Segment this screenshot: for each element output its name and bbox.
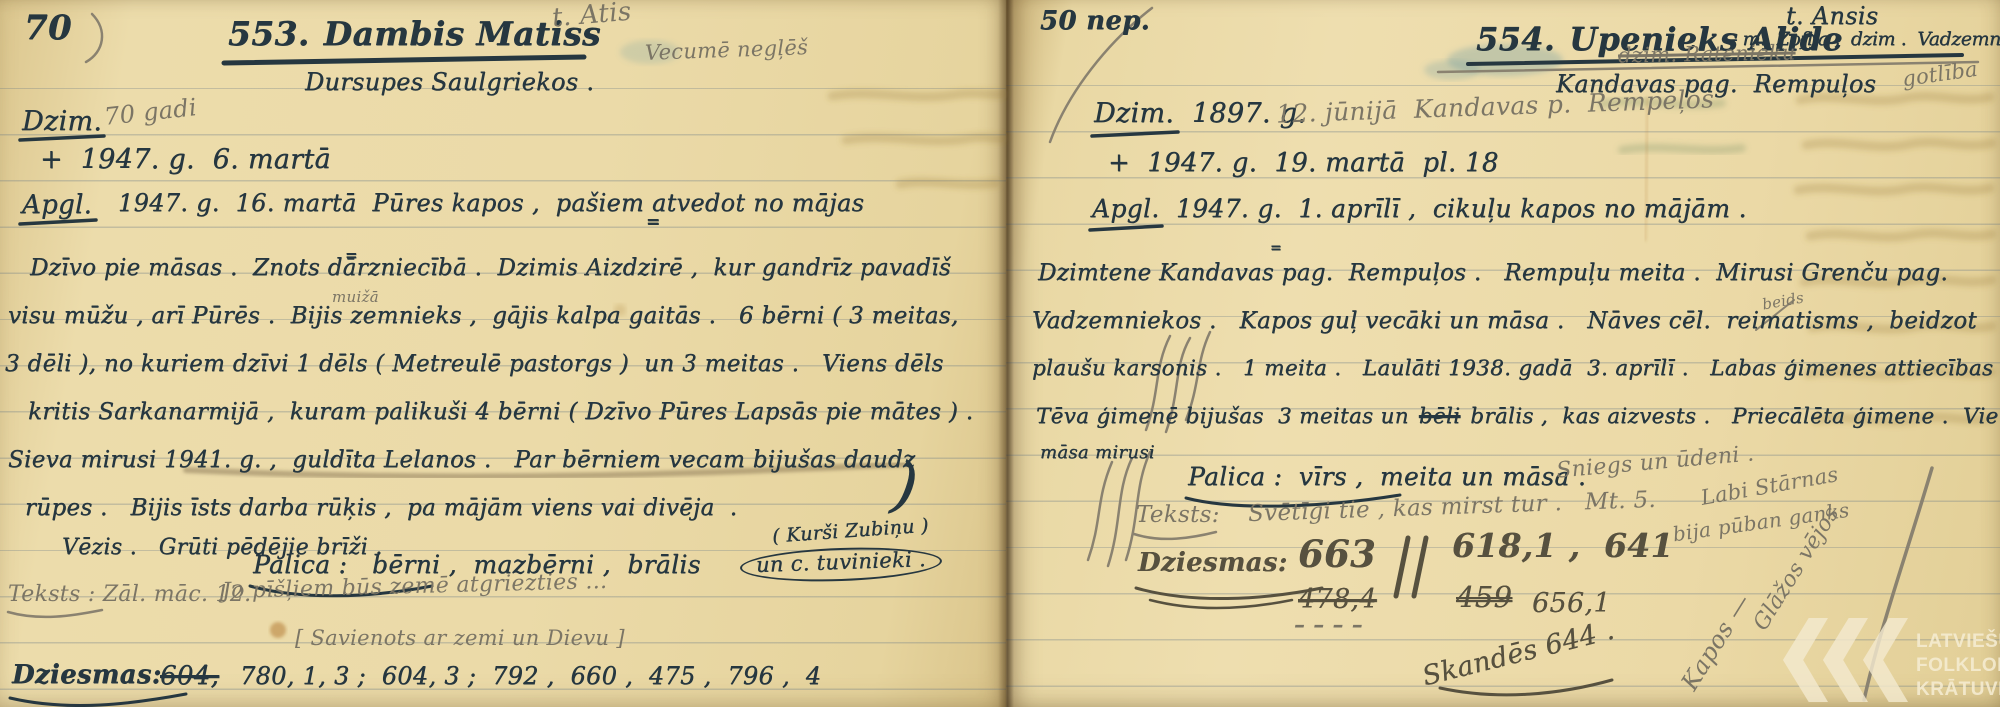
body-line: Tēva ģimenē bijušas 3 meitas unbēlibrāli… xyxy=(1036,404,2000,429)
songs-struck-number: 604, xyxy=(160,661,219,691)
buried-text: 1947. g. 16. martā Pūres kapos , pašiem … xyxy=(118,189,864,217)
struck-word: bēli xyxy=(1419,404,1460,429)
watermark-line: LATVIEŠU xyxy=(1916,631,2000,652)
song-numbers-right: 618,1 , 641 xyxy=(1452,526,1674,565)
text-bracket-note: [ Savienots ar zemi un Dievu ] xyxy=(295,626,625,650)
body-line: rūpes . Bijis īsts darba rūķis , pa mājā… xyxy=(25,495,737,521)
body-line: kritis Sarkanarmijā , kuram palikuši 4 b… xyxy=(28,399,973,425)
scanned-notebook-spread: 70 553.Dambis Matiss t. Atis Vecumē negļ… xyxy=(0,0,2000,707)
songs-label: Dziesmas: xyxy=(12,660,162,690)
body-line: visu mūžu , arī Pūrēs . Bijis zemnieks ,… xyxy=(8,303,958,329)
entry-number: 554. xyxy=(1476,20,1555,58)
entry-number: 553. xyxy=(228,14,310,53)
pencil-insertion: muižā xyxy=(332,288,379,306)
body-line: māsa mirusi xyxy=(1040,442,1155,463)
body-line: Vadzemniekos . Kapos guļ vecāki un māsa … xyxy=(1032,308,1977,334)
archive-watermark: LATVIEŠUFOLKLORASKRĀTUVE xyxy=(1782,612,2000,707)
death-date: + 1947. g. 6. martā xyxy=(40,144,331,175)
body-line: 3 dēli ), no kuriem dzīvi 1 dēls ( Metre… xyxy=(5,351,944,377)
watermark-text: LATVIEŠUFOLKLORASKRĀTUVE xyxy=(1916,630,2000,702)
body-fragment: brālis , kas aizvests . Priecālēta ģimen… xyxy=(1470,404,2000,429)
struck-pencil-note: dzim. Ratenieku xyxy=(1618,40,1796,67)
body-line: Sieva mirusi 1941. g. , guldīta Lelanos … xyxy=(8,447,915,473)
page-number: 50 nep. xyxy=(1040,6,1150,36)
equals-mark: = xyxy=(646,212,661,232)
home-place: Dursupes Saulgriekos . xyxy=(305,68,594,96)
body-line: plaušu karsonis . 1 meita . Laulāti 1938… xyxy=(1032,356,2000,381)
body-line: Dzimtene Kandavas pag. Rempuļos . Rempuļ… xyxy=(1038,260,1948,286)
body-line: Dzīvo pie māsas . Znots dārzniecībā . Dz… xyxy=(30,255,951,281)
song-struck-number: 459 xyxy=(1456,580,1512,614)
entry-title: 553.Dambis Matiss xyxy=(228,14,601,53)
father-note: t. Ansis xyxy=(1786,2,1878,30)
born-label: Dzim. xyxy=(22,106,102,137)
buried-label: Apgl. xyxy=(22,190,92,220)
equals-mark: = xyxy=(1270,240,1282,256)
song-number-main: 663 xyxy=(1298,532,1376,576)
born-label: Dzim. 1897. g. xyxy=(1094,98,1306,129)
lfk-logo-chevron xyxy=(1782,618,1828,702)
lfk-logo-chevron xyxy=(1822,618,1868,702)
songs-label: Dziesmas: xyxy=(1138,548,1288,578)
dashed-line: – – – – xyxy=(1294,612,1363,638)
text-label: Teksts: xyxy=(1136,502,1220,528)
text-label: Teksts : Zāl. māc. 12. xyxy=(8,582,251,607)
song-struck-number: 478,4 xyxy=(1298,584,1377,615)
watermark-line: KRĀTUVE xyxy=(1916,679,2000,700)
lfk-logo-chevron xyxy=(1862,618,1908,702)
death-date: + 1947. g. 19. martā pl. 18 xyxy=(1108,148,1499,178)
songs-numbers: 780, 1, 3 ; 604, 3 ; 792 , 660 , 475 , 7… xyxy=(240,662,821,690)
page-number: 70 xyxy=(24,8,72,48)
watermark-line: FOLKLORAS xyxy=(1916,655,2000,676)
song-number: 656,1 xyxy=(1532,588,1611,619)
circled-text: un c. tuvinieki . xyxy=(739,544,942,584)
body-fragment: Tēva ģimenē bijušas 3 meitas un xyxy=(1036,404,1409,429)
survivors-line: Palica : vīrs , meita un māsa . xyxy=(1188,462,1586,491)
survivors-circled: un c. tuvinieki . xyxy=(739,544,942,584)
buried-text: Apgl. 1947. g. 1. aprīlī , cikuļu kapos … xyxy=(1092,194,1747,223)
